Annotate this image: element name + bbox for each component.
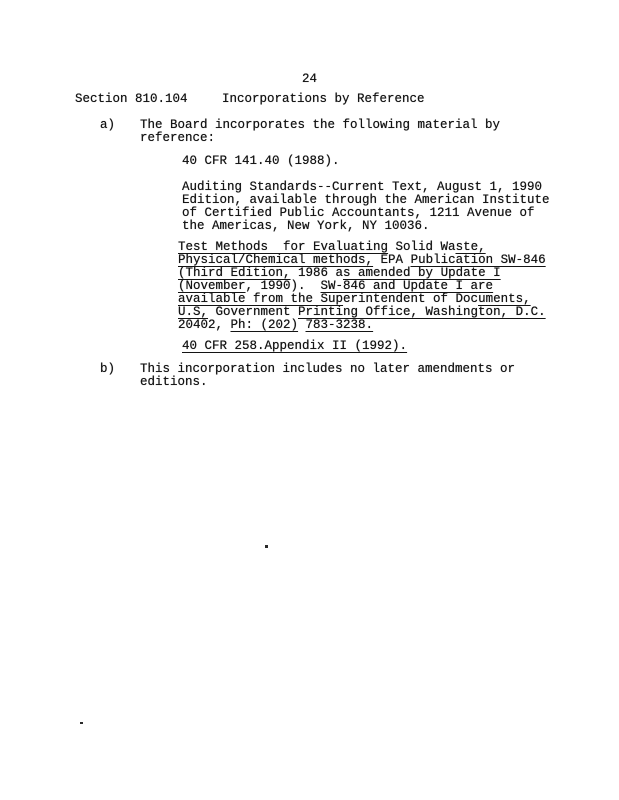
plain-text: Solid Wa [388,240,456,254]
section-title: Incorporations by Reference [222,93,425,106]
plain-text: Auditing Standards--Current Text, August… [182,180,542,194]
item-b-label: b) [100,363,115,376]
text-line: 40 CFR 141.40 (1988). [182,155,340,168]
underlined-text: SW-846 and Update I are [321,279,494,293]
underlined-text: 40 CFR 258.Appendix II (1992). [182,339,407,353]
text-line: editions. [140,376,515,389]
section-number: Section 810.104 [75,93,188,106]
page-number: 24 [0,73,619,86]
reference-auditing-standards: Auditing Standards--Current Text, August… [182,181,550,233]
underlined-text: available from the Sup [178,292,343,306]
text-line: 20402, Ph: (202) 783-3238. [178,319,546,332]
plain-text: Government [208,305,298,319]
plain-text: EPA [373,253,411,267]
underlined-text: (Third Edition, [178,266,291,280]
plain-text: the Americas, New York, NY 10036. [182,219,430,233]
underlined-text: ste, [456,240,486,254]
underlined-text: U.S, [178,305,208,319]
reference-cfr-141: 40 CFR 141.40 (1988). [182,155,340,168]
underlined-text: uments, [478,292,531,306]
underlined-text: Publication SW-846 [411,253,546,267]
plain-text: of Certified Public Accountants, 1211 Av… [182,206,535,220]
plain-text: Edition, available through the American … [182,193,550,207]
plain-text: , 1990). [246,279,321,293]
plain-text: 20402, [178,318,231,332]
reference-cfr-258-appendix: 40 CFR 258.Appendix II (1992). [182,340,407,353]
scan-speck [80,722,83,724]
plain-text [298,318,306,332]
underlined-text: s amended by Update I [343,266,501,280]
scan-speck [265,545,268,548]
plain-text: erintendent of Doc [343,292,478,306]
text-line: 40 CFR 258.Appendix II (1992). [182,340,407,353]
item-a-text: The Board incorporates the following mat… [140,119,500,145]
text-line: the Americas, New York, NY 10036. [182,220,550,233]
reference-test-methods-sw846: Test Methods for Evaluating Solid Waste,… [178,241,546,332]
item-b-text: This incorporation includes no later ame… [140,363,515,389]
underlined-text: Ph: (202) [231,318,299,332]
plain-text: 40 CFR 141.40 (1988). [182,154,340,168]
underlined-text: Test Methods for Evaluating [178,240,388,254]
text-line: reference: [140,132,500,145]
item-a-label: a) [100,119,115,132]
underlined-text: (November [178,279,246,293]
plain-text: 1986 a [291,266,344,280]
underlined-text: 783-3238. [306,318,374,332]
underlined-text: Printing Office, Washington, D.C. [298,305,546,319]
document-page: 24 Section 810.104 Incorporations by Ref… [0,0,619,800]
underlined-text: Physical/Chemical methods, [178,253,373,267]
